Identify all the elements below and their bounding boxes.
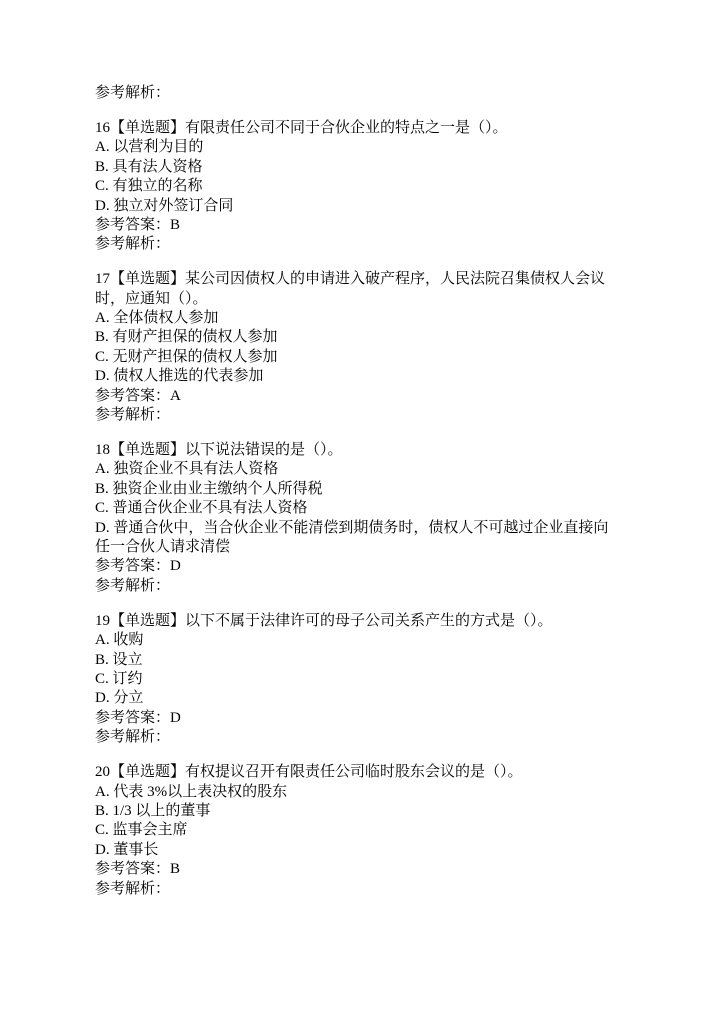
answer-value: A — [170, 388, 181, 404]
question-17-stem-line-2: 时，应通知（）。 — [95, 290, 691, 309]
question-17-analysis-label: 参考解析： — [95, 406, 691, 425]
question-18-option-b: B. 独资企业由业主缴纳个人所得税 — [95, 480, 691, 499]
question-20-option-b: B. 1/3 以上的董事 — [95, 802, 691, 821]
question-16-option-c: C. 有独立的名称 — [95, 177, 691, 196]
question-20-stem: 20【单选题】有权提议召开有限责任公司临时股东会议的是（）。 — [95, 763, 691, 782]
question-16: 16【单选题】有限责任公司不同于合伙企业的特点之一是（）。 A. 以营利为目的 … — [95, 119, 691, 255]
answer-label: 参考答案： — [95, 558, 170, 574]
question-19-option-b: B. 设立 — [95, 651, 691, 670]
question-16-option-a: A. 以营利为目的 — [95, 138, 691, 157]
question-17-option-b: B. 有财产担保的债权人参加 — [95, 328, 691, 347]
question-16-answer-line: 参考答案：B — [95, 216, 691, 235]
question-16-option-d: D. 独立对外签订合同 — [95, 197, 691, 216]
question-19: 19【单选题】以下不属于法律许可的母子公司关系产生的方式是（）。 A. 收购 B… — [95, 612, 691, 748]
answer-label: 参考答案： — [95, 710, 170, 726]
previous-question-analysis-block: 参考解析： — [95, 84, 691, 103]
question-20-analysis-label: 参考解析： — [95, 880, 691, 899]
analysis-label: 参考解析： — [95, 84, 691, 103]
answer-value: B — [170, 861, 180, 877]
answer-value: D — [170, 558, 181, 574]
question-18-option-d-continuation: 任一合伙人请求清偿 — [95, 538, 691, 557]
question-19-stem: 19【单选题】以下不属于法律许可的母子公司关系产生的方式是（）。 — [95, 612, 691, 631]
question-18: 18【单选题】以下说法错误的是（）。 A. 独资企业不具有法人资格 B. 独资企… — [95, 441, 691, 596]
question-17-option-a: A. 全体债权人参加 — [95, 309, 691, 328]
answer-label: 参考答案： — [95, 861, 170, 877]
question-20-answer-line: 参考答案：B — [95, 860, 691, 879]
question-18-answer-line: 参考答案：D — [95, 557, 691, 576]
exam-document-page: 参考解析： 16【单选题】有限责任公司不同于合伙企业的特点之一是（）。 A. 以… — [0, 0, 721, 1020]
answer-value: B — [170, 217, 180, 233]
question-18-option-d: D. 普通合伙中，当合伙企业不能清偿到期债务时，债权人不可越过企业直接向 — [95, 519, 691, 538]
question-19-option-a: A. 收购 — [95, 631, 691, 650]
question-20-option-c: C. 监事会主席 — [95, 821, 691, 840]
question-19-analysis-label: 参考解析： — [95, 728, 691, 747]
question-17: 17【单选题】某公司因债权人的申请进入破产程序，人民法院召集债权人会议 时，应通… — [95, 270, 691, 425]
question-18-analysis-label: 参考解析： — [95, 577, 691, 596]
question-17-option-c: C. 无财产担保的债权人参加 — [95, 348, 691, 367]
question-20: 20【单选题】有权提议召开有限责任公司临时股东会议的是（）。 A. 代表 3%以… — [95, 763, 691, 899]
question-16-analysis-label: 参考解析： — [95, 235, 691, 254]
answer-label: 参考答案： — [95, 388, 170, 404]
question-20-option-d: D. 董事长 — [95, 841, 691, 860]
question-19-option-d: D. 分立 — [95, 689, 691, 708]
question-17-stem-line-1: 17【单选题】某公司因债权人的申请进入破产程序，人民法院召集债权人会议 — [95, 270, 691, 289]
question-17-answer-line: 参考答案：A — [95, 387, 691, 406]
question-20-option-a: A. 代表 3%以上表决权的股东 — [95, 783, 691, 802]
question-16-option-b: B. 具有法人资格 — [95, 158, 691, 177]
question-18-stem: 18【单选题】以下说法错误的是（）。 — [95, 441, 691, 460]
question-16-stem: 16【单选题】有限责任公司不同于合伙企业的特点之一是（）。 — [95, 119, 691, 138]
answer-label: 参考答案： — [95, 217, 170, 233]
question-17-option-d: D. 债权人推选的代表参加 — [95, 367, 691, 386]
question-19-answer-line: 参考答案：D — [95, 709, 691, 728]
question-19-option-c: C. 订约 — [95, 670, 691, 689]
question-18-option-c: C. 普通合伙企业不具有法人资格 — [95, 499, 691, 518]
answer-value: D — [170, 710, 181, 726]
question-18-option-a: A. 独资企业不具有法人资格 — [95, 460, 691, 479]
